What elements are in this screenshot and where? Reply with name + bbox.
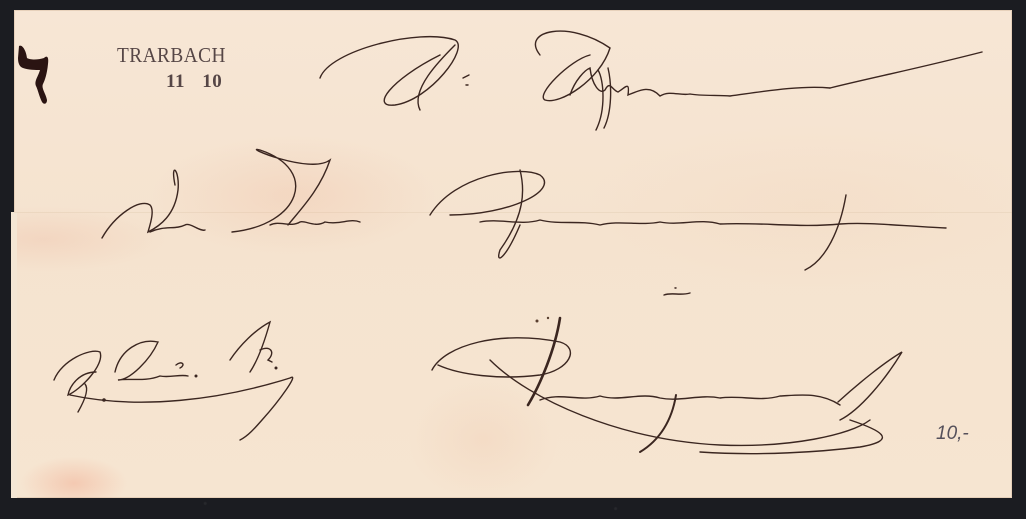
letter-cover — [14, 10, 1012, 498]
paper-lower-flap-edge — [11, 212, 17, 498]
corner-charge-mark — [16, 44, 54, 106]
fold-line — [14, 212, 1012, 213]
postmark-date: 11 10 — [166, 71, 222, 93]
pencil-price-note: 10,- — [936, 423, 969, 445]
postmark-town: TRARBACH — [117, 43, 226, 68]
